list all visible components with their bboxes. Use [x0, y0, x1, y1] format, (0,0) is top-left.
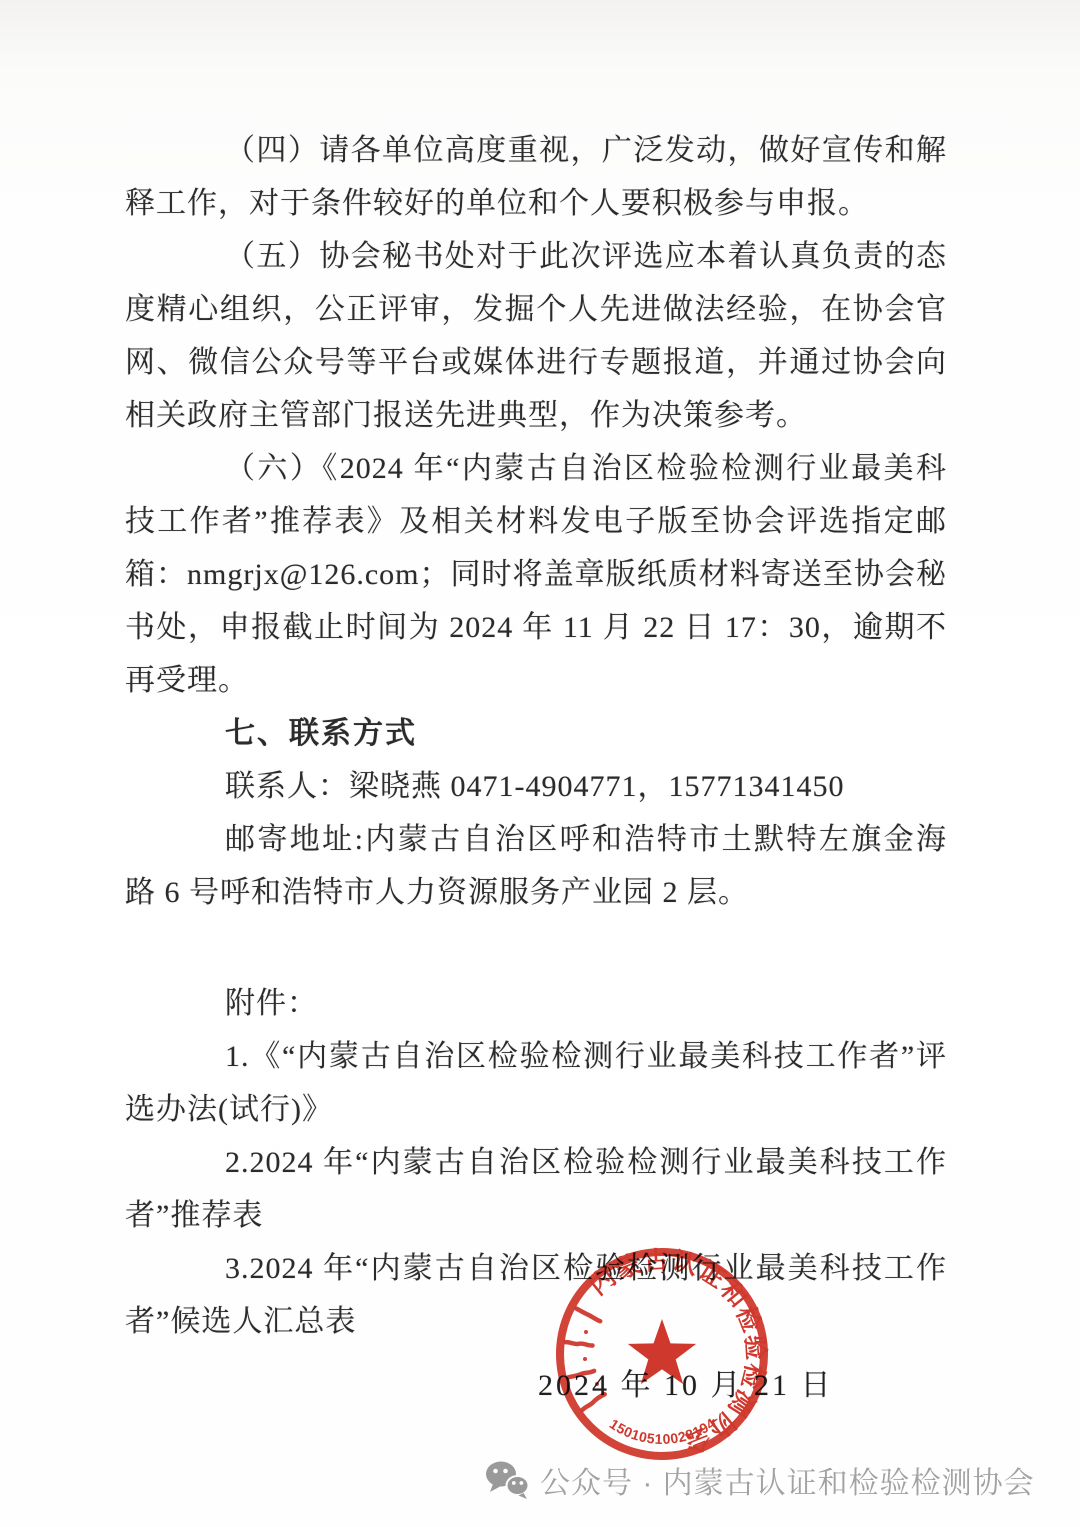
attachment-item-2: 2.2024 年“内蒙古自治区检验检测行业最美科技工作者”推荐表: [125, 1136, 947, 1242]
contact-person-line: 联系人：梁晓燕 0471-4904771，15771341450: [125, 760, 947, 813]
official-seal-graphic: 内蒙古认证和检验检测协会 15010510028194: [542, 1234, 782, 1474]
paragraph-item-4: （四）请各单位高度重视，广泛发动，做好宣传和解释工作，对于条件较好的单位和个人要…: [125, 124, 947, 230]
paragraph-item-5: （五）协会秘书处对于此次评选应本着认真负责的态度精心组织，公正评审，发掘个人先进…: [125, 230, 947, 442]
contact-section-heading: 七、联系方式: [125, 707, 947, 760]
attachment-item-3: 3.2024 年“内蒙古自治区检验检测行业最美科技工作者”候选人汇总表: [125, 1242, 947, 1348]
attachments-label: 附件：: [125, 977, 947, 1030]
attachment-item-1: 1.《“内蒙古自治区检验检测行业最美科技工作者”评选办法(试行)》: [125, 1030, 947, 1136]
star-icon: [628, 1319, 696, 1384]
paragraph-item-6: （六）《2024 年“内蒙古自治区检验检测行业最美科技工作者”推荐表》及相关材料…: [125, 442, 947, 707]
wechat-icon: [484, 1460, 530, 1500]
scanned-document-page: （四）请各单位高度重视，广泛发动，做好宣传和解释工作，对于条件较好的单位和个人要…: [0, 0, 1080, 1527]
document-body: （四）请各单位高度重视，广泛发动，做好宣传和解释工作，对于条件较好的单位和个人要…: [125, 124, 947, 1348]
mailing-address-line: 邮寄地址:内蒙古自治区呼和浩特市土默特左旗金海路 6 号呼和浩特市人力资源服务产…: [125, 813, 947, 919]
official-seal: 内蒙古认证和检验检测协会 15010510028194: [542, 1234, 782, 1474]
